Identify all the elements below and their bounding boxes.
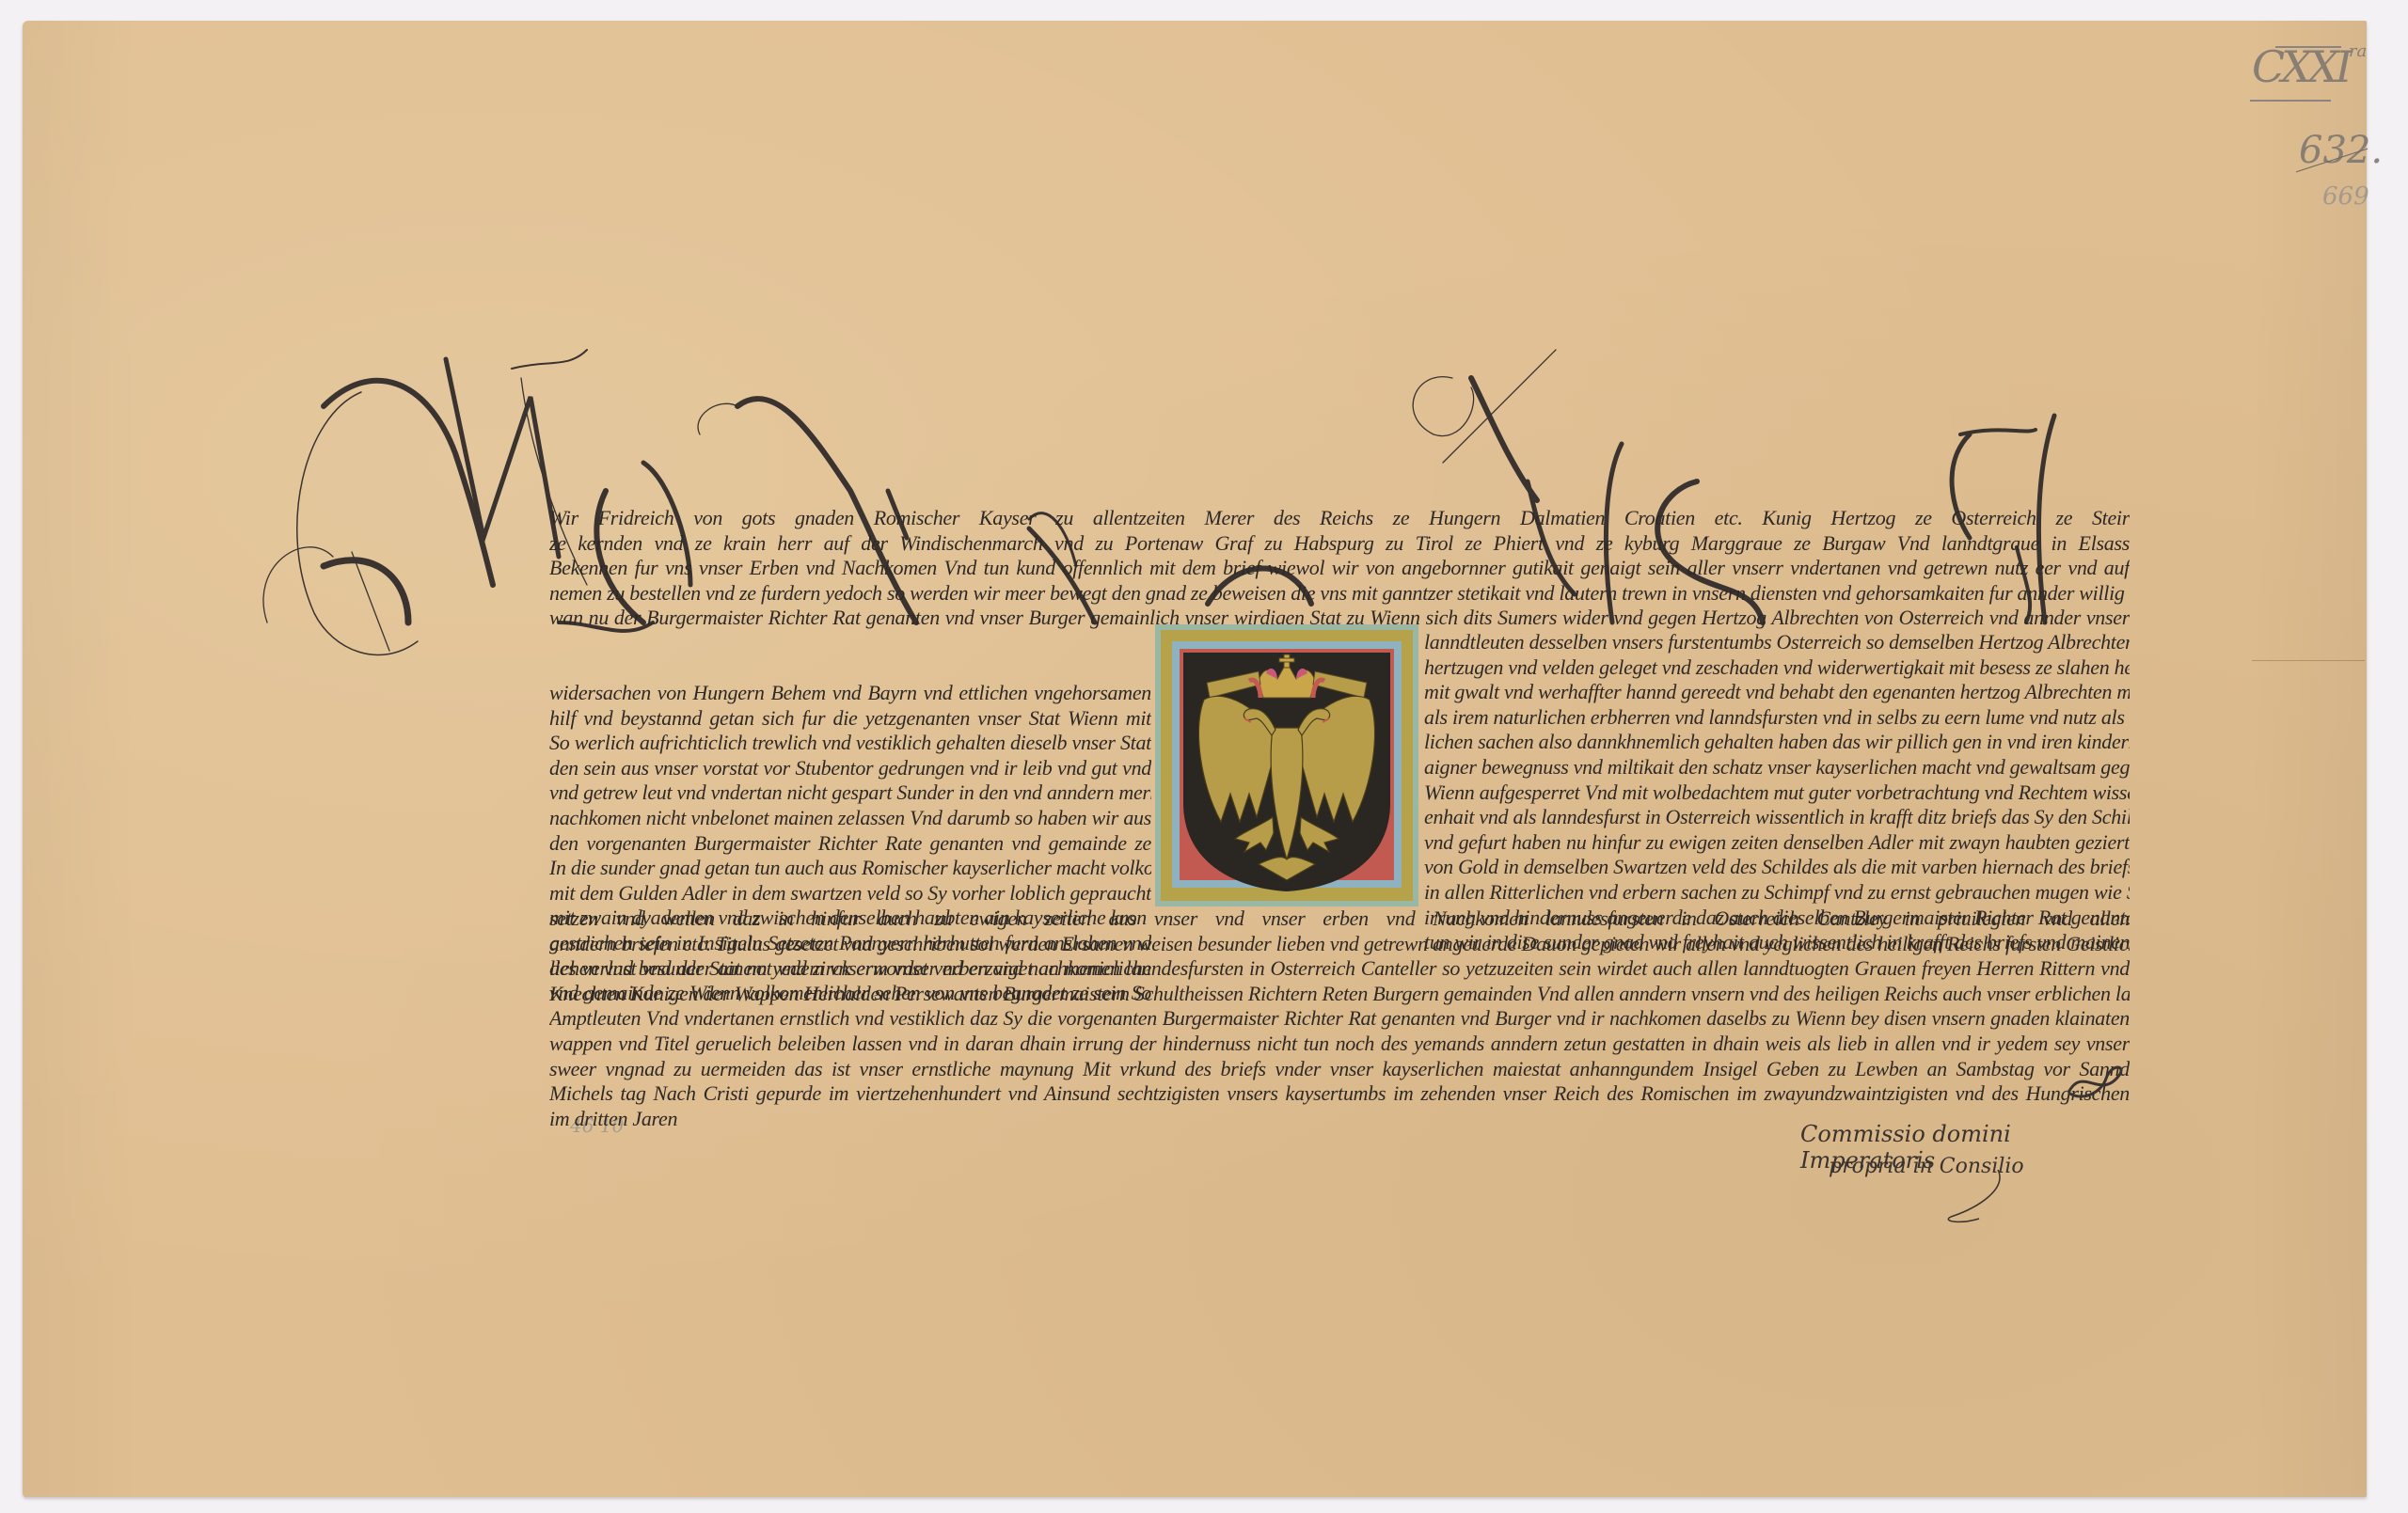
text-line: Wienn aufgesperret Vnd mit wolbedachtem … xyxy=(1424,780,2130,806)
text-line: nemen zu bestellen vnd ze furdern yedoch… xyxy=(549,581,2130,607)
text-line: hilf vnd beystannd getan sich fur die ye… xyxy=(549,706,1151,732)
text-line: hertzugen vnd velden geleget vnd zeschad… xyxy=(1424,655,2130,681)
text-line: Amptleuten Vnd vndertanen ernstlich vnd … xyxy=(549,1006,2130,1032)
text-line: mit gwalt vnd werhaffter hannd gereedt v… xyxy=(1424,680,2130,705)
text-line: Knechten Kunigen der Wappen Herhalden Pe… xyxy=(549,982,2130,1007)
text-line: den vorgenanten Burgermaister Richter Ra… xyxy=(549,831,1151,857)
signature-underline xyxy=(2250,100,2331,102)
coat-of-arms-double-eagle-icon xyxy=(1155,624,1418,906)
text-line: enhait vnd als lanndesfurst in Osterreic… xyxy=(1424,805,2130,830)
signature-mark-text: CXXI xyxy=(2252,41,2349,92)
text-line: ze kernden vnd ze krain herr auf der Win… xyxy=(549,531,2130,557)
charter-sheet: CXXIra 632. 669 46 10 xyxy=(23,21,2367,1497)
text-line: lichen vnd besunder ainem yedem vnserm v… xyxy=(549,956,2130,982)
text-line: wappen vnd Titel geruelich beleiben lass… xyxy=(549,1032,2130,1057)
text-line: nachkomen nicht vnbelonet mainen zelasse… xyxy=(549,806,1151,831)
text-line: lanndtleuten desselben vnsers furstentum… xyxy=(1424,630,2130,655)
text-line: widersachen von Hungern Behem vnd Bayrn … xyxy=(549,681,1151,706)
text-line: vnd gefurt haben nu hinfur zu ewigen zei… xyxy=(1424,830,2130,856)
folio-secondary-number: 669 xyxy=(2322,182,2369,211)
signature-flourish xyxy=(1941,1170,2017,1226)
text-line: vnd getrew leut vnd vndertan nicht gespa… xyxy=(549,780,1151,806)
text-line: aigner bewegnuss vnd miltikait den schat… xyxy=(1424,755,2130,780)
text-line: den sein aus vnser vorstat vor Stubentor… xyxy=(549,756,1151,781)
text-line: Bekennen fur vns vnser Erben vnd Nachkom… xyxy=(549,556,2130,581)
text-line: als irem naturlichen erbherren vnd lannd… xyxy=(1424,705,2130,731)
signature-overline xyxy=(2275,46,2341,48)
text-line: So werlich aufrichticlich trewlich vnd v… xyxy=(549,731,1151,756)
charter-text-bottom: setzen vnd wellen daz in hinfur auch zu … xyxy=(549,906,2130,1131)
text-line: anndern briefen etc. Titulus gesetzet vn… xyxy=(549,932,2130,957)
chancery-subscription: Commissio domini Imperatoris propria in … xyxy=(1800,1113,2026,1226)
text-line: setzen vnd wellen daz in hinfur auch zu … xyxy=(549,906,2130,932)
text-line: von Gold in demselben Swartzen veld des … xyxy=(1424,855,2130,880)
text-line: sweer vngnad zu uermeiden das ist vnser … xyxy=(549,1057,2130,1082)
text-line: Michels tag Nach Cristi gepurde im viert… xyxy=(549,1081,2130,1107)
text-line: mit dem Gulden Adler in dem swartzen vel… xyxy=(549,881,1151,906)
text-line: in allen Ritterlichen vnd erbern sachen … xyxy=(1424,880,2130,906)
paper-tear xyxy=(2252,660,2365,665)
archive-signature-mark: CXXIra xyxy=(2252,41,2367,92)
text-line: Wir Fridreich von gots gnaden Romischer … xyxy=(549,506,2130,531)
text-line: In die sunder gnad getan tun auch aus Ro… xyxy=(549,856,1151,881)
signature-mark-suffix: ra xyxy=(2349,41,2367,61)
text-line: lichen sachen also dannkhnemlich gehalte… xyxy=(1424,730,2130,755)
closing-flourish xyxy=(2064,1064,2130,1102)
